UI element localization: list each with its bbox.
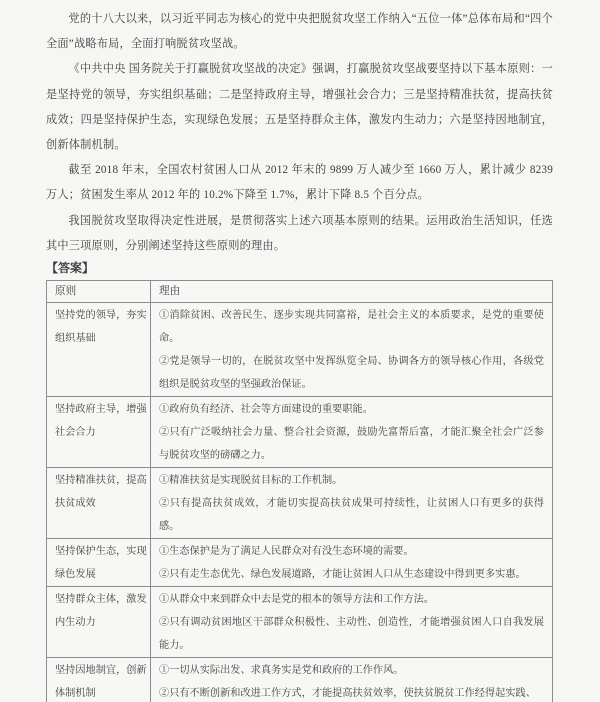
reason-item: ①精准扶贫是实现脱贫目标的工作机制。: [159, 469, 544, 492]
reason-cell: ①生态保护是为了满足人民群众对有没生态环境的需要。 ②只有走生态优先、绿色发展道…: [151, 539, 553, 587]
table-row: 坚持保护生态，实现绿色发展 ①生态保护是为了满足人民群众对有没生态环境的需要。 …: [47, 539, 553, 587]
principle-cell: 坚持保护生态，实现绿色发展: [47, 539, 151, 587]
question-block: 党的十八大以来，以习近平同志为核心的党中央把脱贫攻坚工作纳入“五位一体”总体布局…: [46, 7, 553, 259]
question-paragraph: 党的十八大以来，以习近平同志为核心的党中央把脱贫攻坚工作纳入“五位一体”总体布局…: [46, 7, 553, 57]
question-paragraph: 《中共中央 国务院关于打赢脱贫攻坚战的决定》强调，打赢脱贫攻坚战要坚持以下基本原…: [46, 57, 553, 158]
reason-cell: ①精准扶贫是实现脱贫目标的工作机制。 ②只有提高扶贫成效，才能切实提高扶贫成果可…: [151, 468, 553, 539]
reason-item: ②只有不断创新和改进工作方式，才能提高扶贫效率，使扶贫脱贫工作经得起实践、: [159, 682, 544, 702]
reason-item: ②只有走生态优先、绿色发展道路，才能让贫困人口从生态建设中得到更多实惠。: [159, 563, 544, 586]
reason-cell: ①消除贫困、改善民生、逐步实现共同富裕，是社会主义的本质要求，是党的重要使命。 …: [151, 303, 553, 397]
principle-cell: 坚持党的领导，夯实组织基础: [47, 303, 151, 397]
table-header-row: 原则 理由: [47, 281, 553, 303]
answer-table: 原则 理由 坚持党的领导，夯实组织基础 ①消除贫困、改善民生、逐步实现共同富裕，…: [46, 280, 553, 702]
document-page: 党的十八大以来，以习近平同志为核心的党中央把脱贫攻坚工作纳入“五位一体”总体布局…: [0, 0, 600, 702]
table-row: 坚持政府主导，增强社会合力 ①政府负有经济、社会等方面建设的重要职能。 ②只有广…: [47, 397, 553, 468]
reason-item: ①一切从实际出发、求真务实是党和政府的工作作风。: [159, 659, 544, 682]
principle-cell: 坚持群众主体，激发内生动力: [47, 587, 151, 658]
reason-item: ①政府负有经济、社会等方面建设的重要职能。: [159, 398, 544, 421]
principle-cell: 坚持精准扶贫，提高扶贫成效: [47, 468, 151, 539]
reason-item: ①生态保护是为了满足人民群众对有没生态环境的需要。: [159, 540, 544, 563]
answer-label: 【答案】: [46, 260, 553, 277]
reason-item: ②只有广泛吸纳社会力量、整合社会资源，鼓励先富帮后富，才能汇聚全社会广泛参与脱贫…: [159, 421, 544, 467]
reason-item: ②只有调动贫困地区干部群众积极性、主动性、创造性，才能增强贫困人口自我发展能力。: [159, 611, 544, 657]
table-row: 坚持群众主体，激发内生动力 ①从群众中来到群众中去是党的根本的领导方法和工作方法…: [47, 587, 553, 658]
table-row: 坚持精准扶贫，提高扶贫成效 ①精准扶贫是实现脱贫目标的工作机制。 ②只有提高扶贫…: [47, 468, 553, 539]
reason-item: ①消除贫困、改善民生、逐步实现共同富裕，是社会主义的本质要求，是党的重要使命。: [159, 304, 544, 350]
reason-item: ①从群众中来到群众中去是党的根本的领导方法和工作方法。: [159, 588, 544, 611]
reason-item: ②党是领导一切的，在脱贫攻坚中发挥纵览全局、协调各方的领导核心作用，各级党组织是…: [159, 350, 544, 396]
question-paragraph: 我国脱贫攻坚取得决定性进展，是贯彻落实上述六项基本原则的结果。运用政治生活知识，…: [46, 209, 553, 259]
principle-cell: 坚持政府主导，增强社会合力: [47, 397, 151, 468]
principle-cell: 坚持因地制宜，创新体制机制: [47, 658, 151, 702]
question-paragraph: 截至 2018 年末，全国农村贫困人口从 2012 年末的 9899 万人减少至…: [46, 158, 553, 208]
reason-cell: ①政府负有经济、社会等方面建设的重要职能。 ②只有广泛吸纳社会力量、整合社会资源…: [151, 397, 553, 468]
reason-item: ②只有提高扶贫成效，才能切实提高扶贫成果可持续性，让贫困人口有更多的获得感。: [159, 492, 544, 538]
table-header-reason: 理由: [151, 281, 553, 303]
table-header-principle: 原则: [47, 281, 151, 303]
table-row: 坚持党的领导，夯实组织基础 ①消除贫困、改善民生、逐步实现共同富裕，是社会主义的…: [47, 303, 553, 397]
reason-cell: ①一切从实际出发、求真务实是党和政府的工作作风。 ②只有不断创新和改进工作方式，…: [151, 658, 553, 702]
table-row: 坚持因地制宜，创新体制机制 ①一切从实际出发、求真务实是党和政府的工作作风。 ②…: [47, 658, 553, 702]
reason-cell: ①从群众中来到群众中去是党的根本的领导方法和工作方法。 ②只有调动贫困地区干部群…: [151, 587, 553, 658]
